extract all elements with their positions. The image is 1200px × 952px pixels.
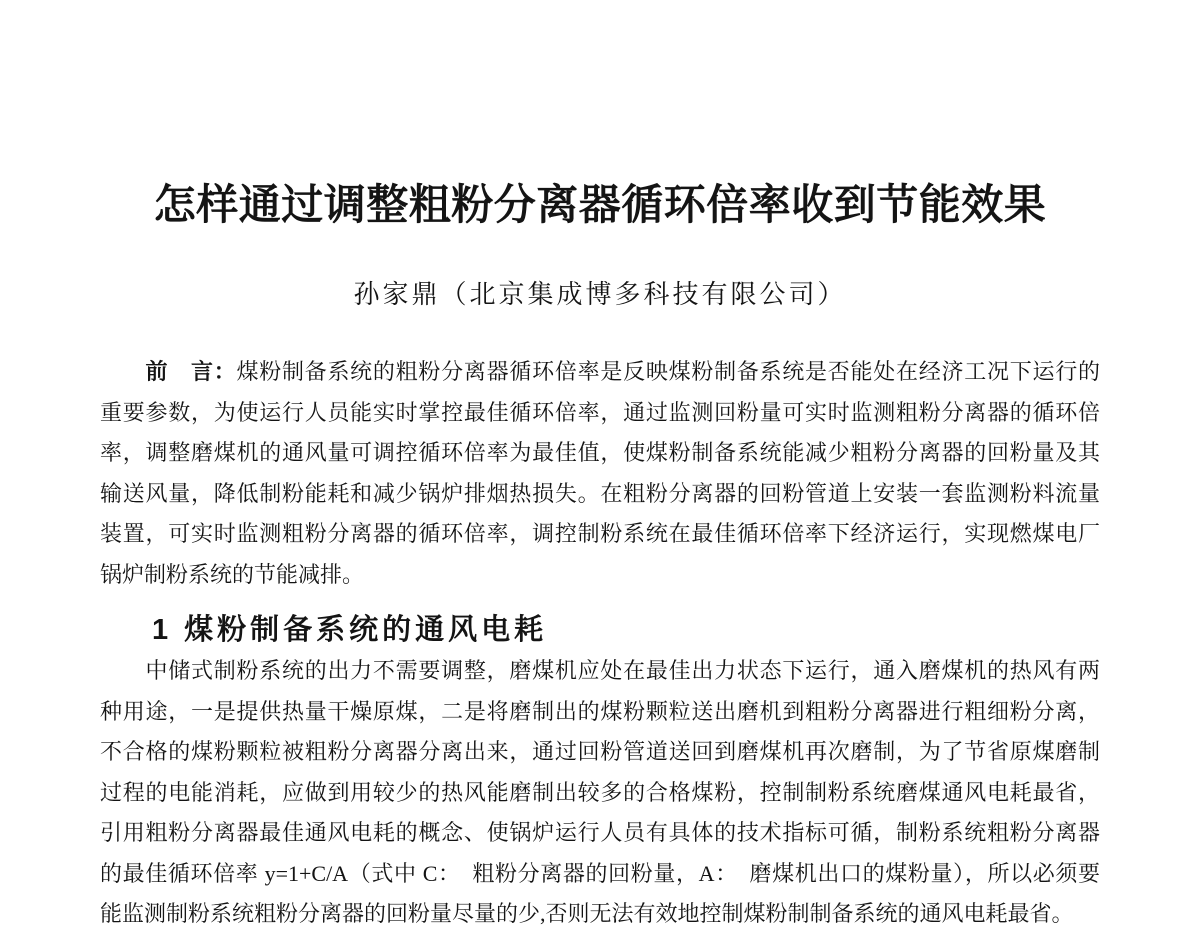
section-1-line: 种用途，一是提供热量干燥原煤，二是将磨制出的煤粉颗粒送出磨机到粗粉分离器进行粗细… [100,692,1100,733]
author-byline: 孙家鼎（北京集成博多科技有限公司） [0,279,1200,310]
preface-line: 率，调整磨煤机的通风量可调控循环倍率为最佳值，使煤粉制备系统能减少粗粉分离器的回… [100,433,1100,474]
section-1-line: 过程的电能消耗，应做到用较少的热风能磨制出较多的合格煤粉，控制制粉系统磨煤通风电… [100,773,1100,814]
section-1-line: 能监测制粉系统粗粉分离器的回粉量尽量的少,否则无法有效地控制煤粉制制备系统的通风… [100,894,1100,935]
preface-line-text: 煤粉制备系统的粗粉分离器循环倍率是反映煤粉制备系统是否能处在经济工况下运行的 [236,359,1100,384]
section-1-line: 中储式制粉系统的出力不需要调整，磨煤机应处在最佳出力状态下运行，通入磨煤机的热风… [100,651,1100,692]
section-1-paragraph: 中储式制粉系统的出力不需要调整，磨煤机应处在最佳出力状态下运行，通入磨煤机的热风… [100,651,1100,935]
section-1-line: 引用粗粉分离器最佳通风电耗的概念、使锅炉运行人员有具体的技术指标可循，制粉系统粗… [100,813,1100,854]
preface-line: 锅炉制粉系统的节能减排。 [100,555,1100,596]
preface-paragraph: 前 言：煤粉制备系统的粗粉分离器循环倍率是反映煤粉制备系统是否能处在经济工况下运… [100,352,1100,595]
preface-line: 前 言：煤粉制备系统的粗粉分离器循环倍率是反映煤粉制备系统是否能处在经济工况下运… [100,352,1100,393]
preface-line: 输送风量，降低制粉能耗和减少锅炉排烟热损失。在粗粉分离器的回粉管道上安装一套监测… [100,474,1100,515]
preface-label: 前 言： [100,359,236,384]
section-1-line: 的最佳循环倍率 y=1+C/A（式中 C： 粗粉分离器的回粉量，A： 磨煤机出口… [100,854,1100,895]
section-1-heading: 1 煤粉制备系统的通风电耗 [152,612,547,648]
section-1-line: 不合格的煤粉颗粒被粗粉分离器分离出来，通过回粉管道送回到磨煤机再次磨制，为了节省… [100,732,1100,773]
preface-line: 重要参数，为使运行人员能实时掌控最佳循环倍率，通过监测回粉量可实时监测粗粉分离器… [100,393,1100,434]
document-title: 怎样通过调整粗粉分离器循环倍率收到节能效果 [0,183,1200,229]
scanned-document-page: 怎样通过调整粗粉分离器循环倍率收到节能效果 孙家鼎（北京集成博多科技有限公司） … [0,0,1200,952]
preface-line: 装置，可实时监测粗粉分离器的循环倍率，调控制粉系统在最佳循环倍率下经济运行，实现… [100,514,1100,555]
